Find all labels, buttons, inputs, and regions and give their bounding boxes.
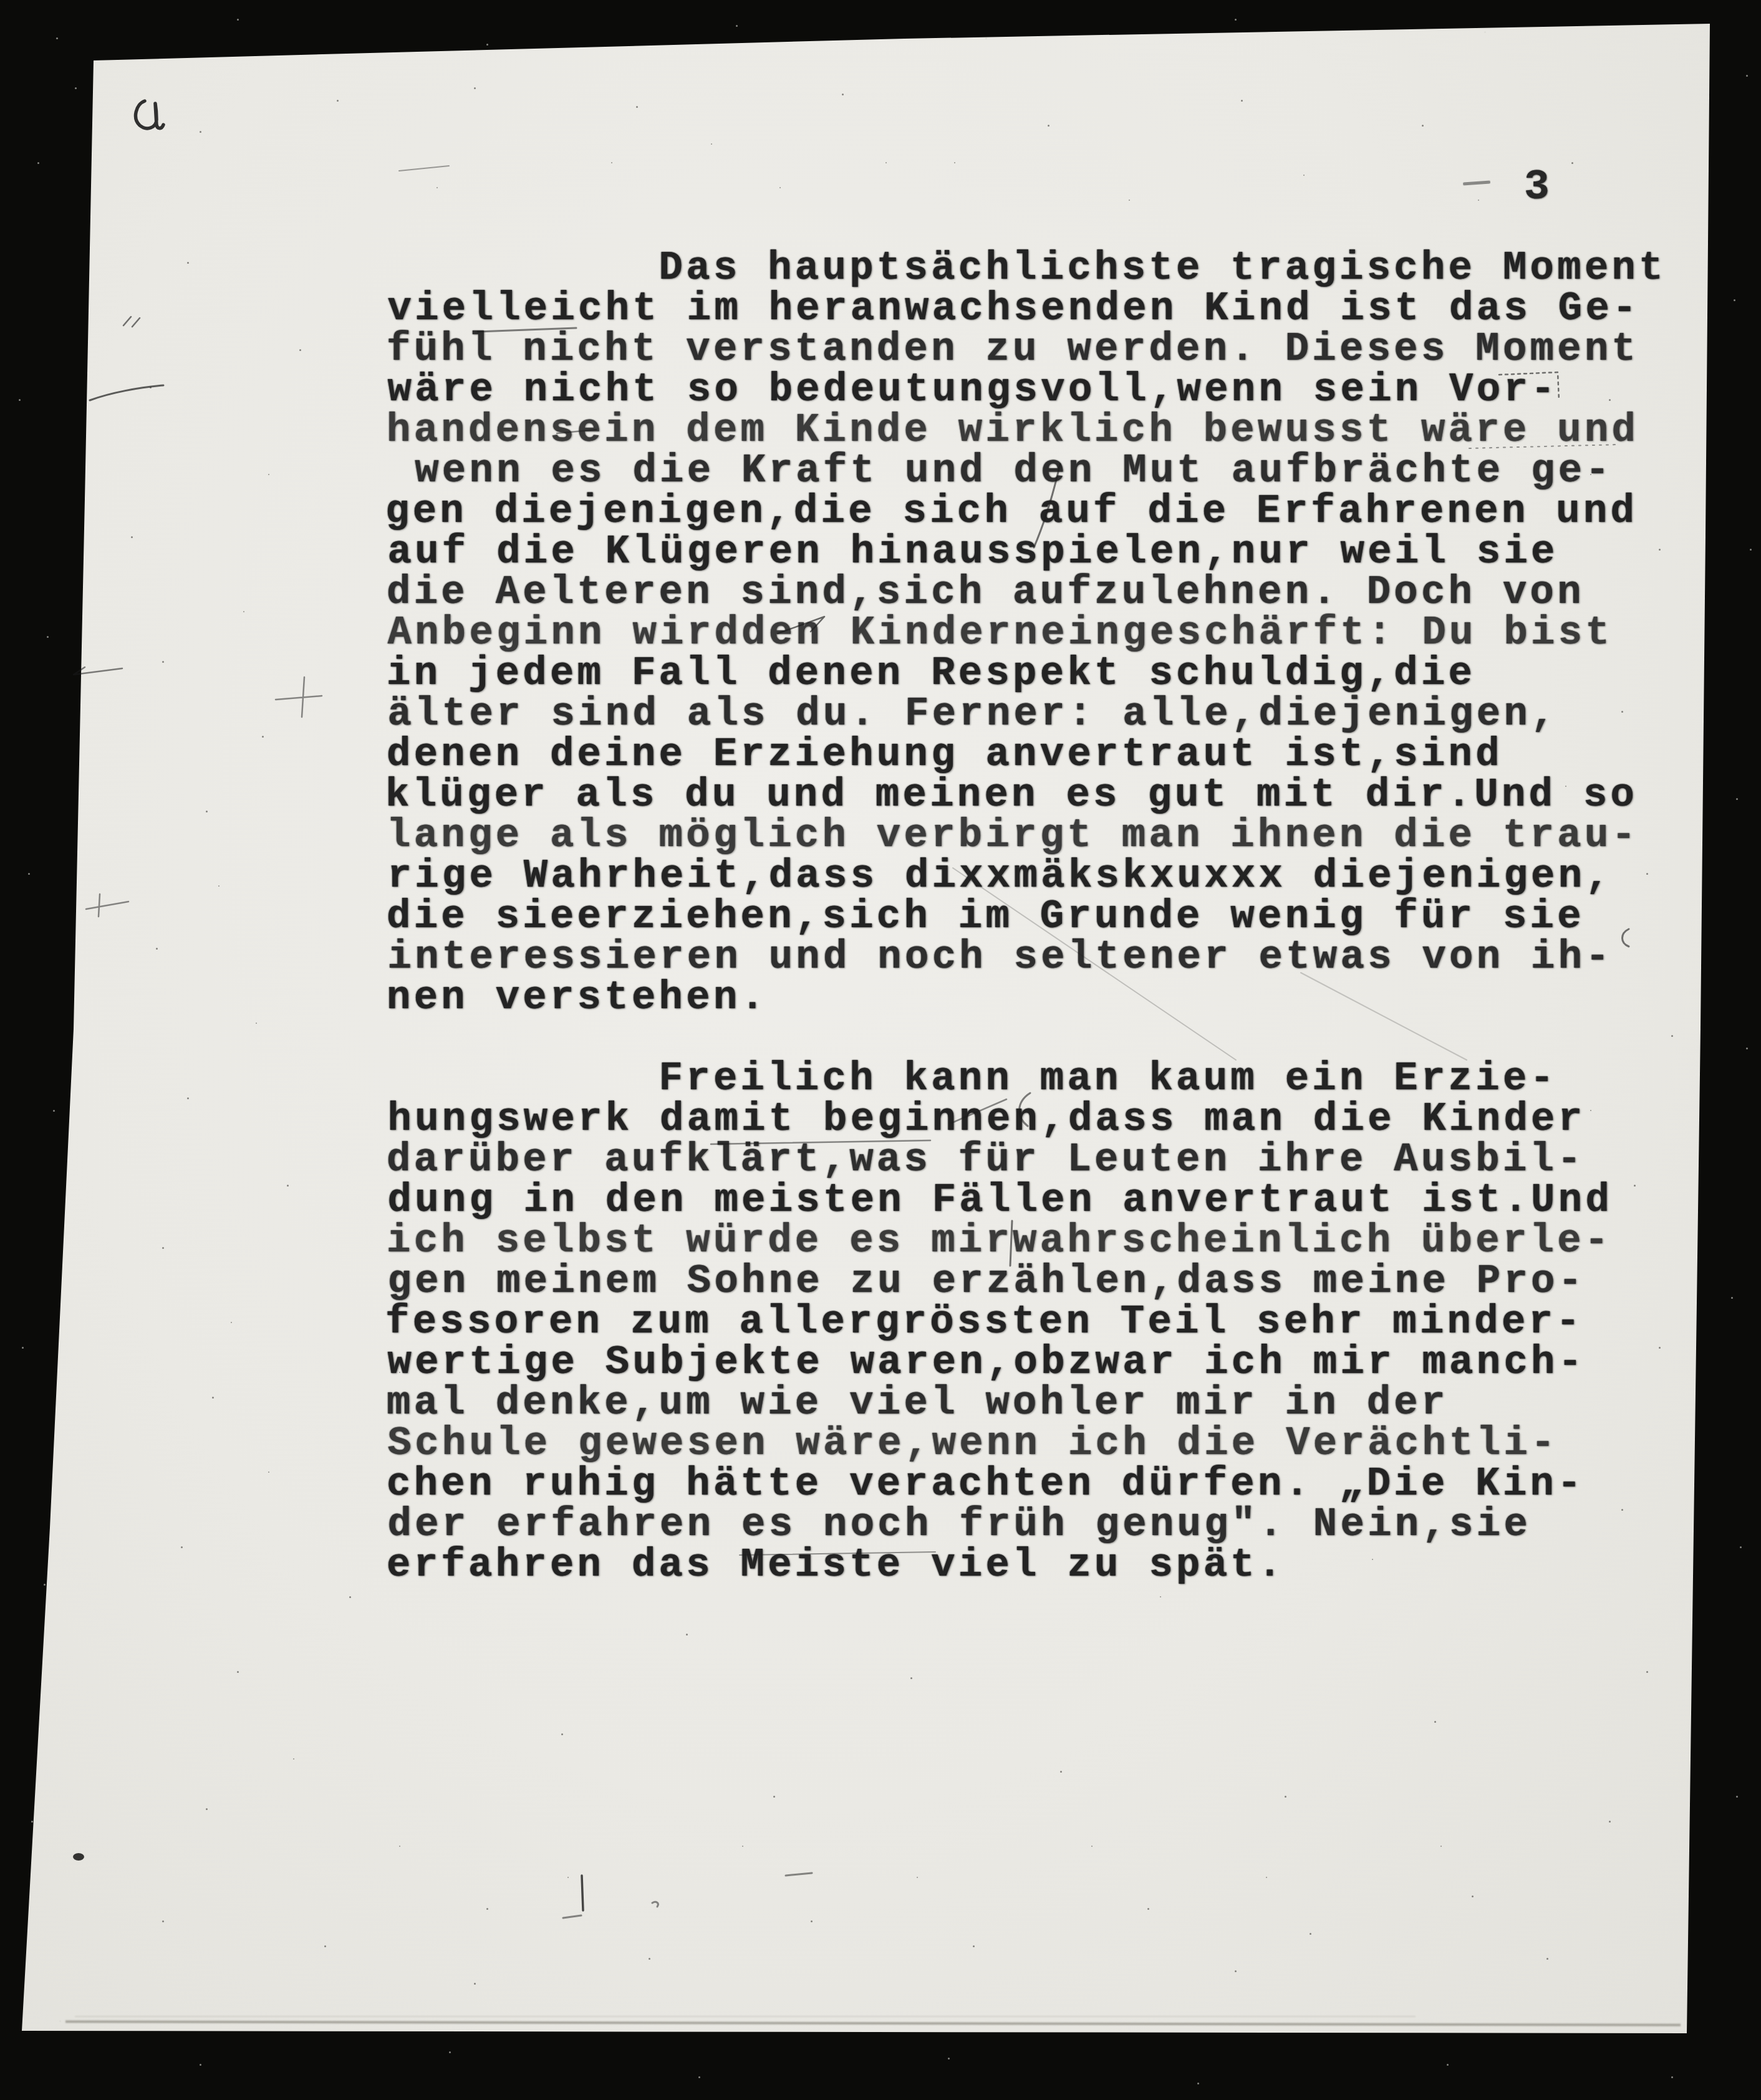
dotted-bracket-over-vor bbox=[1499, 372, 1559, 400]
bottom-small-marks bbox=[563, 1873, 812, 1918]
margin-arrow-left bbox=[74, 667, 122, 675]
margin-cross-mark bbox=[276, 677, 322, 717]
scratch-top bbox=[399, 166, 449, 171]
pen-line-over-fuhl bbox=[478, 328, 576, 332]
pen-underline-damit-begi bbox=[711, 1140, 930, 1144]
pen-bar-mir-wahr bbox=[1010, 1221, 1012, 1266]
pen-marks-overlay bbox=[0, 0, 1761, 2100]
margin-stroke-left bbox=[90, 385, 163, 400]
pen-line-over-sein bbox=[557, 430, 596, 433]
scratch-diagonal-1 bbox=[953, 868, 1236, 1060]
pen-slash-beginnen bbox=[952, 1099, 1006, 1123]
scratch-diagonal-2 bbox=[1301, 973, 1467, 1060]
margin-tick-upper bbox=[123, 317, 140, 327]
pen-underline-es-noch bbox=[740, 1552, 935, 1555]
handwritten-squiggle-mark bbox=[136, 101, 163, 128]
pen-curl-right-of-sie bbox=[1623, 929, 1629, 946]
dotted-underline-waere-und bbox=[1469, 445, 1618, 448]
margin-plus-dash-mark bbox=[86, 894, 128, 917]
pen-tick-bottom bbox=[582, 1876, 583, 1910]
pen-slash-den bbox=[1034, 464, 1060, 547]
pen-curl-beginnen bbox=[1020, 1093, 1030, 1126]
left-edge-ink-blob bbox=[73, 1853, 84, 1861]
pen-tick-kindern bbox=[778, 617, 824, 633]
